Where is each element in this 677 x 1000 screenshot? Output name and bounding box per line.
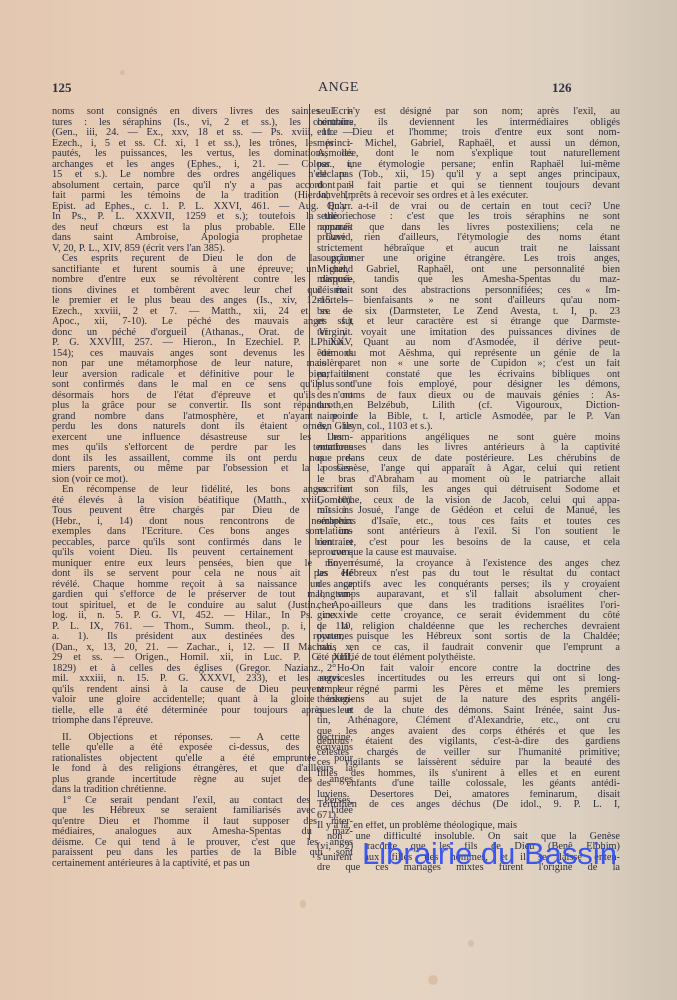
text-line: den Gheyn, col., 1103 et s.). xyxy=(317,422,620,433)
text-line: des enfants d'une taille colossale, les … xyxy=(317,779,620,790)
text-line: ces vigilants se laissèrent séduire par … xyxy=(317,758,620,769)
text-line: certainement antérieures à la captivité,… xyxy=(52,859,353,870)
text-line: Il y a là, en effet, un problème théolog… xyxy=(317,821,620,832)
text-line: le fond à des religions étrangères, et q… xyxy=(52,764,353,775)
text-line: colère et non « une sorte de Cupidon »; … xyxy=(317,359,620,370)
text-line: Philon. Quant au nom d'Asmodée, il dériv… xyxy=(317,338,620,349)
text-line: théologiens au sujet de la nature des es… xyxy=(317,695,620,706)
text-line: gardien qui s'efforce de le préserver de… xyxy=(52,590,353,601)
text-line: des captifs avec les conquérants perses;… xyxy=(317,580,620,591)
text-line: donc un péché d'orgueil (Athanas., Orat.… xyxy=(52,328,353,339)
text-line: que dans ceux de date postérieure. Les c… xyxy=(317,454,620,465)
text-line: Michel, Gabriel, Raphaël, ont une person… xyxy=(317,265,620,276)
text-line: le premier et le plus beau des anges (Is… xyxy=(52,296,353,307)
text-line: 29 et ss. — Origen., Homil. xii, in Luc.… xyxy=(52,653,353,664)
text-line: archanges et les anges (Ephes., i, 21. —… xyxy=(52,160,353,171)
text-line: prouve rien d'ailleurs, l'étymologie des… xyxy=(317,233,620,244)
text-line: luviens. Desertores Dei, amatores femina… xyxy=(317,790,620,801)
text-line: tielle, elle a été déterminée pour toujo… xyxy=(52,706,353,717)
text-line: grand nombre dans l'atmosphère, et n'aya… xyxy=(52,412,353,423)
text-line: perdu les dons naturels dont ils étaient… xyxy=(52,422,353,433)
text-line: (Hebr., i, 14) dont nous rencontrons de … xyxy=(52,517,353,528)
paper-stain xyxy=(120,70,125,75)
text-line: (Dan., x, 13, 20, 21. — Zachar., i, 12. … xyxy=(52,643,353,654)
text-line: (Gen., iii, 24. — Ex., xxv, 18 et ss. — … xyxy=(52,128,353,139)
right-column: seul n'y est désigné par son nom; après … xyxy=(317,107,620,874)
text-line: dans saint Ambroise, Apologia prophetae … xyxy=(52,233,353,244)
text-line: mais en ce cas, il faudrait convenir que… xyxy=(317,643,620,654)
text-line: a. 1). Ils président aux destinées des r… xyxy=(52,632,353,643)
paper-stain xyxy=(468,940,474,947)
text-line: mortels bienfaisants » ne sont d'ailleur… xyxy=(317,296,620,307)
text-line: le bras d'Abraham au moment où le patria… xyxy=(317,475,620,486)
text-line: prouve que la cause est mauvaise. xyxy=(317,548,620,559)
text-line: pautés, les puissances, les vertus, les … xyxy=(52,149,353,160)
text-line: déisme. Ce qui tend à le prouver, c'est … xyxy=(52,838,353,849)
text-line: 2° On fait valoir encore contre la doctr… xyxy=(317,664,620,675)
text-line: II. Objections et réponses. — A cette do… xyxy=(52,733,353,744)
text-line: gine de cette croyance, ce serait évidem… xyxy=(317,611,620,622)
text-line: que les anges avaient des corps éthérés … xyxy=(317,727,620,738)
text-line: dont il fait partie et qui se tiennent t… xyxy=(317,181,620,192)
text-line: En récompense de leur fidélité, les bons… xyxy=(52,485,353,496)
text-line: nombreuses dans les livres antérieurs à … xyxy=(317,443,620,454)
text-line: P. G. XXVIII, 257. — Hieron., In Ezechie… xyxy=(52,338,353,349)
text-line: médiaires, analogues aux Amesha-Spentas … xyxy=(52,827,353,838)
text-line: Ezech., xxviii, 2 et 7. — Matth., xii, 2… xyxy=(52,307,353,318)
text-line: peccables, parce qu'ils sont confirmés d… xyxy=(52,538,353,549)
text-line: plus grande incertitude règne au sujet d… xyxy=(52,775,353,786)
text-line: désormais hors de l'état d'épreuve et qu… xyxy=(52,391,353,402)
text-line: telle qu'elle a été exposée ci-dessus, d… xyxy=(52,743,353,754)
text-line: de la religion chaldéenne que les recher… xyxy=(317,622,620,633)
text-line: noms sont consignés en divers livres des… xyxy=(52,107,353,118)
paper-stain xyxy=(428,975,438,985)
paper-stain xyxy=(300,900,306,908)
text-line: tout spirituel, et de le conduire au sal… xyxy=(52,601,353,612)
text-line: plus la grâce pour se convertir. Ils son… xyxy=(52,401,353,412)
text-line: leur aversion radicale et définitive pou… xyxy=(52,370,353,381)
text-line: V, 20, P. L., XIV, 859 (écrit vers l'an … xyxy=(52,244,353,255)
text-line: des neuf chœurs est la plus probable. El… xyxy=(52,223,353,234)
text-line: Tous peuvent être chargés par Dieu de mi… xyxy=(52,506,353,517)
text-line: anges les incertitudes ou les erreurs qu… xyxy=(317,674,620,685)
text-line: qu'ils rendent ainsi à la cause de Dieu … xyxy=(52,685,353,696)
text-line: ques et de la chute des démons. Saint Ir… xyxy=(317,706,620,717)
text-line: contraire, ils deviennent les intermédia… xyxy=(317,118,620,129)
text-line: soupçonner une origine étrangère. Les tr… xyxy=(317,254,620,265)
text-line: En résumé, la croyance à l'existence des… xyxy=(317,559,620,570)
text-line: sanctifiante et furent soumis à une épre… xyxy=(52,265,353,276)
text-line: déclare (Tob., xii, 15) qu'il y a sept a… xyxy=(317,170,620,181)
text-line: Ces esprits reçurent de Dieu le don de l… xyxy=(52,254,353,265)
text-line: paraissent peu dans les parties de la Bi… xyxy=(52,848,353,859)
page-number-right: 126 xyxy=(552,80,572,96)
text-line: log. ii, n. 5. P. G. VI, 452. — Hilar., … xyxy=(52,611,353,622)
text-line: Ezech., i, 5 et ss. Cf. xi, 1 et ss.), l… xyxy=(52,139,353,150)
text-line: Jahveh, prêts à recevoir ses ordres et à… xyxy=(317,191,620,202)
text-line: sion (voir ce mot). xyxy=(52,475,353,486)
text-line: qu'ils voient Dieu. Ils peuvent certaine… xyxy=(52,548,353,559)
text-line: filles des hommes, ils s'unirent à elles… xyxy=(317,769,620,780)
text-line: exemples dans l'Ecriture. Ces bons anges… xyxy=(52,527,353,538)
text-line: ter y voyait une imitation des puissance… xyxy=(317,328,620,339)
text-line: contraire, c'est pour les besoins de la … xyxy=(317,538,620,549)
text-line: muniquer entre eux leurs pensées, bien q… xyxy=(52,559,353,570)
text-line: tures : les séraphins (Is., vi, 2 et ss.… xyxy=(52,118,353,129)
text-line: exercent une influence désastreuse sur l… xyxy=(52,433,353,444)
text-line: les Hébreux n'est pas du tout le résulta… xyxy=(317,569,620,580)
text-line: triomphe dans l'épreuve. xyxy=(52,716,353,727)
text-line: 154); ces mauvais anges sont devenus les… xyxy=(52,349,353,360)
text-line: séraphins d'Isaïe, etc., tous ces faits … xyxy=(317,517,620,528)
text-line: nombre d'entre eux se révoltèrent contre… xyxy=(52,275,353,286)
text-line: Qu'y a-t-il de vrai ou de certain en tou… xyxy=(317,202,620,213)
text-line: naire de la Bible, t. I, article Asmodée… xyxy=(317,412,620,423)
text-line: la Genèse, l'ange qui apparaît à Agar, c… xyxy=(317,464,620,475)
text-line: nommés que dans les livres postexiliens;… xyxy=(317,223,620,234)
text-line: plus d'une fois employé, pour désigner l… xyxy=(317,380,620,391)
text-line: més : Michel, Gabriel, Raphaël, et aussi… xyxy=(317,139,620,150)
page-title: ANGE xyxy=(0,80,677,96)
text-line: marquée, tandis que les Amesha-Spentas d… xyxy=(317,275,620,286)
text-line: dont ils les assaillent, comme ils ont p… xyxy=(52,454,353,465)
text-line: valoir une gloire accidentelle; quant à … xyxy=(52,695,353,706)
text-line: parfaitement constaté que les écrivains … xyxy=(317,370,620,381)
text-line: sont confirmés dans le mal en ce sens qu… xyxy=(52,380,353,391)
text-line: que les Hébreux se seraient familiarisés… xyxy=(52,806,353,817)
text-line: 15 et s.). Le nombre des ordres angéliqu… xyxy=(52,170,353,181)
text-line: démons étaient des vigilants, c'est-à-di… xyxy=(317,737,620,748)
text-line: absolument certain, parce qu'il n'y a pa… xyxy=(52,181,353,192)
text-line: fait parmi les témoins de la tradition (… xyxy=(52,191,353,202)
text-line: mil. xxxiii, n. 15. P. G. XXXVI, 233), e… xyxy=(52,674,353,685)
left-column: noms sont consignés en divers livres des… xyxy=(52,107,353,869)
text-line: dont ils se servent pour cela ne nous ai… xyxy=(52,569,353,580)
text-line: bre de six (Darmsteter, Le Zend Avesta, … xyxy=(317,307,620,318)
text-line: 1° Ce serait pendant l'exil, au contact … xyxy=(52,796,353,807)
text-line: Epist. ad Ephes., c. 1. P. L. XXVI, 461.… xyxy=(52,202,353,213)
text-line: non par une métamorphose de leur nature,… xyxy=(52,359,353,370)
text-line: taroth, Belzébub, Lilith (cf. Vigouroux,… xyxy=(317,401,620,412)
text-line: In Ps., P. L. XXXVII, 1259 et s.); toute… xyxy=(52,212,353,223)
text-line: seul n'y est désigné par son nom; après … xyxy=(317,107,620,118)
text-line: Gomorrhe, ceux de la vision de Jacob, ce… xyxy=(317,496,620,507)
text-line: miers parents, ou même par l'obsession e… xyxy=(52,464,353,475)
text-line: porter, puisque les Hébreux sont sortis … xyxy=(317,632,620,643)
text-line: Asmodée, dont le nom s'explique tout nat… xyxy=(317,149,620,160)
text-line: Apoc., xii, 7-10). Le péché des mauvais … xyxy=(52,317,353,328)
text-line: été élevés à la vision béatifique (Matth… xyxy=(52,496,353,507)
text-line: des noms de faux dieux ou de mauvais gén… xyxy=(317,391,620,402)
running-header: 125 ANGE 126 xyxy=(0,80,677,100)
text-line: raît à Josué, l'ange de Gédéon et celui … xyxy=(317,506,620,517)
text-line: été purifié de tout élément polythéiste. xyxy=(317,653,620,664)
text-line: dans la tradition chrétienne. xyxy=(52,785,353,796)
watermark: Librairie du Bassin xyxy=(362,836,617,872)
text-line: qu'entre Dieu et l'homme il faut suppose… xyxy=(52,817,353,828)
text-line: entre Dieu et l'homme; trois d'entre eux… xyxy=(317,128,620,139)
text-line: tions divines et tombèrent avec leur che… xyxy=(52,286,353,297)
text-line: seule chose : c'est que les trois séraph… xyxy=(317,212,620,223)
book-page: 125 ANGE 126 noms sont consignés en dive… xyxy=(0,0,677,1000)
text-line: P. L. IX, 761. — Thom., Summ. theol., p.… xyxy=(52,622,353,633)
text-line: révélé. Chaque homme reçoit à sa naissan… xyxy=(52,580,353,591)
text-line: être du mot Aëshma, qui représente un gé… xyxy=(317,349,620,360)
text-line: Tertullien de ces anges déchus (De idol.… xyxy=(317,800,620,811)
text-line: déisme sont des abstractions personnifié… xyxy=(317,286,620,297)
text-line: strictement hébraïque et aucun trait ne … xyxy=(317,244,620,255)
text-line: sacrifier son fils, les anges qui détrui… xyxy=(317,485,620,496)
text-line: 1829) et à celles des églises (Gregor. N… xyxy=(52,664,353,675)
text-line: temps régné parmi les Pères et même les … xyxy=(317,685,620,696)
text-line: relations sont antérieurs à l'exil. Si l… xyxy=(317,527,620,538)
text-line: 671). xyxy=(317,811,620,822)
text-line: cher ailleurs que dans les traditions is… xyxy=(317,601,620,612)
text-line: longtemps auparavant, et s'il fallait ab… xyxy=(317,590,620,601)
text-line: Les apparitions angéliques ne sont guère… xyxy=(317,433,620,444)
text-line: célestes chargés de veiller sur l'humani… xyxy=(317,748,620,759)
text-line: et ss.), et leur caractère est si étrang… xyxy=(317,317,620,328)
text-line: rationalistes objectent qu'elle a été em… xyxy=(52,754,353,765)
text-line: mes qu'ils s'efforcent de perdre par les… xyxy=(52,443,353,454)
text-line: par une étymologie persane; enfin Raphaë… xyxy=(317,160,620,171)
text-line: tin, Athénagore, Clément d'Alexandrie, e… xyxy=(317,716,620,727)
